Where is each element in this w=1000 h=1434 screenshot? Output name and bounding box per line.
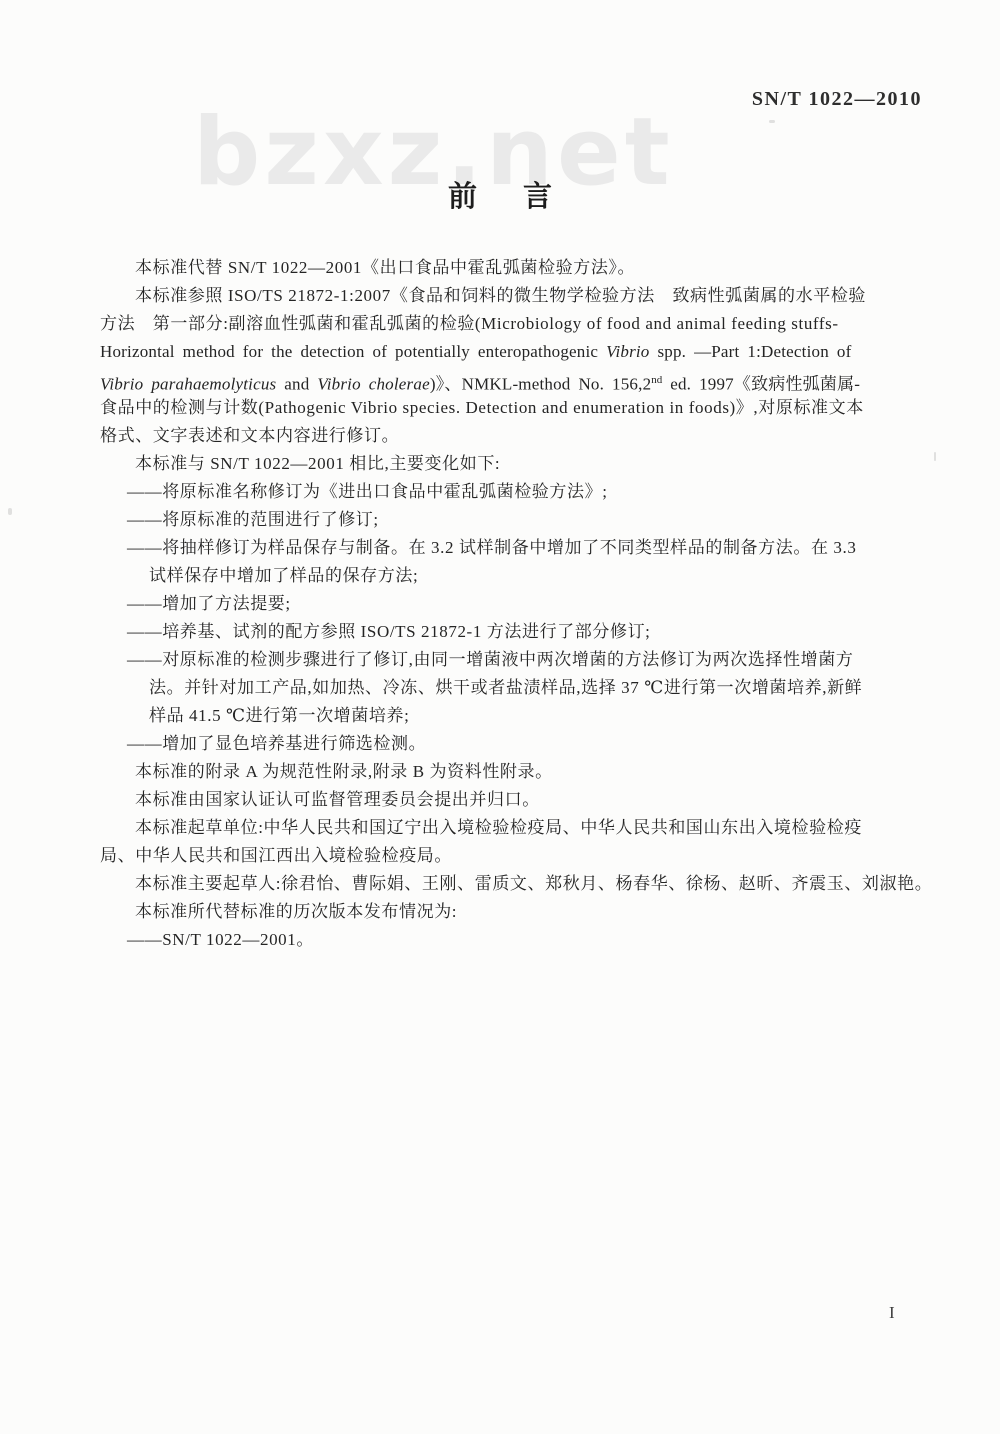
scan-artifact	[934, 452, 936, 461]
body-line: 试样保存中增加了样品的保存方法;	[100, 562, 932, 590]
body-line: Horizontal method for the detection of p…	[100, 338, 932, 366]
body-line-change-item: ——将抽样修订为样品保存与制备。在 3.2 试样制备中增加了不同类型样品的制备方…	[100, 534, 932, 562]
page-title-char-left: 前	[448, 174, 477, 215]
body-line: 样品 41.5 ℃进行第一次增菌培养;	[100, 702, 932, 730]
body-line: 本标准起草单位:中华人民共和国辽宁出入境检验检疫局、中华人民共和国山东出入境检验…	[100, 814, 932, 842]
scan-artifact	[769, 120, 775, 123]
body-line: Vibrio parahaemolyticus and Vibrio chole…	[100, 366, 932, 394]
document-page: bzxz.net SN/T 1022—2010 前言 本标准代替 SN/T 10…	[0, 0, 1000, 1434]
body-line: 本标准的附录 A 为规范性附录,附录 B 为资料性附录。	[100, 758, 932, 786]
body-line: 方法 第一部分:副溶血性弧菌和霍乱弧菌的检验(Microbiology of f…	[100, 310, 932, 338]
body-line-change-item: ——对原标准的检测步骤进行了修订,由同一增菌液中两次增菌的方法修订为两次选择性增…	[100, 646, 932, 674]
body-line: 本标准主要起草人:徐君怡、曹际娟、王刚、雷质文、郑秋月、杨春华、徐杨、赵昕、齐震…	[100, 870, 932, 898]
body-line-change-item: ——将原标准的范围进行了修订;	[100, 506, 932, 534]
body-line: 本标准代替 SN/T 1022—2001《出口食品中霍乱弧菌检验方法》。	[100, 254, 932, 282]
page-title: 前言	[0, 174, 1000, 215]
body-line: ——SN/T 1022—2001。	[100, 926, 932, 954]
body-line-change-item: ——增加了显色培养基进行筛选检测。	[100, 730, 932, 758]
body-line-change-item: ——将原标准名称修订为《进出口食品中霍乱弧菌检验方法》;	[100, 478, 932, 506]
body-line-change-item: ——增加了方法提要;	[100, 590, 932, 618]
foreword-body: 本标准代替 SN/T 1022—2001《出口食品中霍乱弧菌检验方法》。 本标准…	[100, 254, 932, 954]
body-line: 法。并针对加工产品,如加热、冷冻、烘干或者盐渍样品,选择 37 ℃进行第一次增菌…	[100, 674, 932, 702]
page-title-char-right: 言	[523, 181, 552, 213]
body-line: 本标准参照 ISO/TS 21872-1:2007《食品和饲料的微生物学检验方法…	[100, 282, 932, 310]
body-line: 本标准由国家认证认可监督管理委员会提出并归口。	[100, 786, 932, 814]
body-line: 本标准所代替标准的历次版本发布情况为:	[100, 898, 932, 926]
body-line: 本标准与 SN/T 1022—2001 相比,主要变化如下:	[100, 450, 932, 478]
body-line: 食品中的检测与计数(Pathogenic Vibrio species. Det…	[100, 394, 932, 422]
scan-artifact	[8, 508, 12, 515]
page-number: I	[889, 1303, 895, 1323]
body-line: 格式、文字表述和文本内容进行修订。	[100, 422, 932, 450]
body-line: 局、中华人民共和国江西出入境检验检疫局。	[100, 842, 932, 870]
body-line-change-item: ——培养基、试剂的配方参照 ISO/TS 21872-1 方法进行了部分修订;	[100, 618, 932, 646]
doc-number: SN/T 1022—2010	[752, 88, 922, 111]
